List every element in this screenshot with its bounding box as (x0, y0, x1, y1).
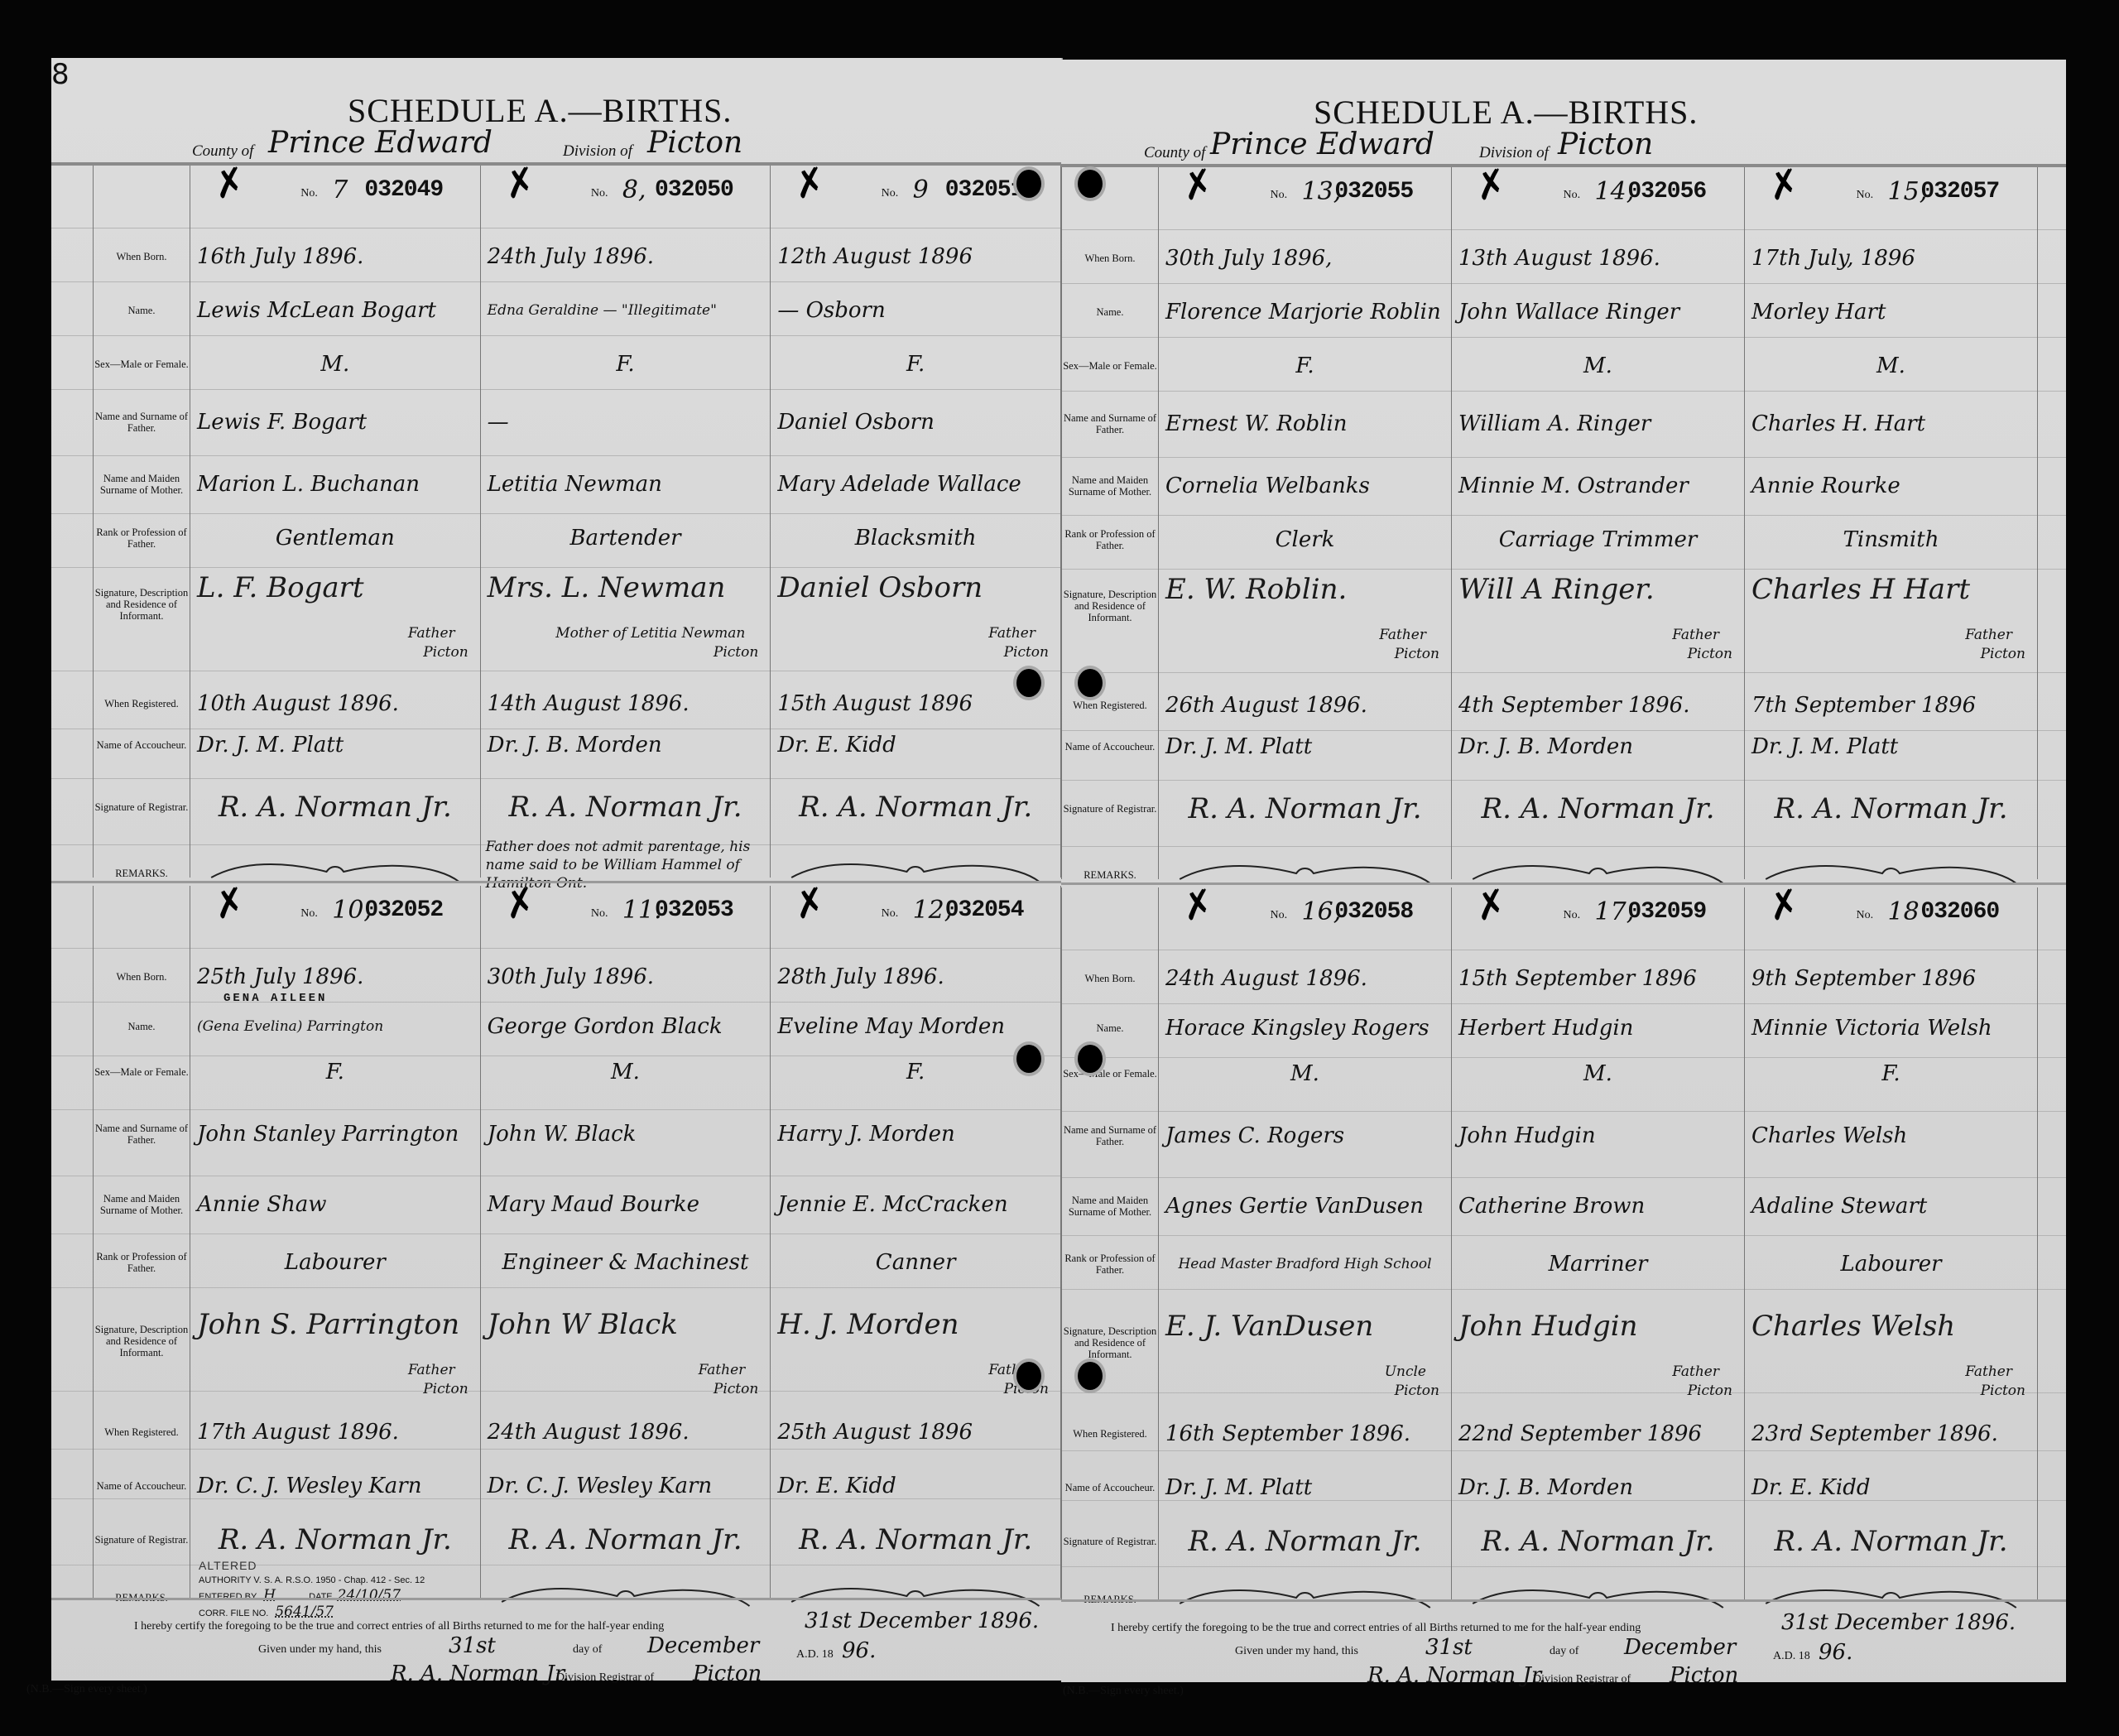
informant-signature-value: John W Black (488, 1308, 764, 1341)
accoucheur-value: Dr. E. Kidd (777, 733, 1054, 757)
when-born-value: 24th August 1896. (1165, 966, 1444, 991)
informant-residence: Picton (1165, 646, 1439, 662)
row-label: Name and Surname of Father. (1062, 412, 1158, 435)
registration-stamp-number: 032054 (945, 897, 1024, 923)
name-value: (Gena Evelina) Parrington (197, 1018, 473, 1035)
remarks-flourish (1761, 858, 2020, 892)
sign-note: (N.B.—Sign every sheet.) (1063, 1685, 1184, 1698)
row-labels-column: When Born.Name.Sex—Male or Female.Name a… (1061, 887, 1159, 1599)
informant-signature-value: Daniel Osborn (777, 571, 1054, 604)
row-label: When Registered. (1062, 1428, 1158, 1440)
registration-stamp-number: 032059 (1627, 899, 1706, 925)
row-label: Sex—Male or Female. (94, 358, 190, 370)
check-mark-icon: ✗ (499, 878, 540, 929)
row-label: When Registered. (94, 698, 190, 709)
informant-description: Father (197, 625, 455, 642)
check-mark-icon: ✗ (790, 158, 830, 209)
entry-header: ✗No.8,032050 (481, 172, 771, 212)
father-value: John Stanley Parrington (197, 1122, 473, 1147)
when-born-value: 16th July 1896. (197, 244, 473, 269)
when-registered-value: 16th September 1896. (1165, 1421, 1444, 1446)
binding-punch-hole (1078, 1045, 1103, 1073)
registrar-value: R. A. Norman Jr. (197, 791, 473, 824)
row-label: Sex—Male or Female. (94, 1066, 190, 1078)
accoucheur-value: Dr. C. J. Wesley Karn (488, 1474, 764, 1498)
accoucheur-value: Dr. J. B. Morden (1458, 734, 1737, 759)
name-value: — Osborn (777, 298, 1054, 323)
altered-heading: ALTERED (199, 1558, 475, 1573)
informant-signature-value: L. F. Bogart (197, 571, 473, 604)
informant-signature-value: Will A Ringer. (1458, 573, 1737, 606)
mother-value: Adaline Stewart (1751, 1194, 2030, 1219)
division-registrar-label: Division Registrar of (1533, 1673, 1631, 1686)
entry-header: ✗No.15,032057 (1745, 174, 2037, 214)
division-label: Division of (1479, 144, 1549, 162)
given-month: December (647, 1633, 759, 1658)
register-half-top: When Born.Name.Sex—Male or Female.Name a… (51, 166, 1061, 878)
informant-description: Father (1165, 627, 1426, 643)
entry-no-label: No. (882, 187, 899, 200)
informant-residence: Picton (1751, 646, 2025, 662)
entry-no-label: No. (300, 907, 318, 921)
county-division-row: County of Prince Edward Division of Pict… (1061, 127, 2066, 169)
profession-value: Blacksmith (777, 526, 1054, 551)
when-registered-value: 22nd September 1896 (1458, 1421, 1737, 1446)
profession-value: Bartender (488, 526, 764, 551)
informant-signature-value: Charles H Hart (1751, 573, 2030, 606)
registration-stamp-number: 032052 (364, 897, 443, 923)
entry-no-label: No. (1857, 909, 1874, 922)
accoucheur-value: Dr. J. B. Morden (488, 733, 764, 757)
binding-punch-hole (1078, 1362, 1103, 1390)
accoucheur-value: Dr. C. J. Wesley Karn (197, 1474, 473, 1498)
registrar-value: R. A. Norman Jr. (1751, 1525, 2030, 1558)
check-mark-icon: ✗ (1178, 160, 1218, 210)
row-label: When Registered. (1062, 700, 1158, 711)
informant-signature-value: John S. Parrington (197, 1308, 473, 1341)
father-value: James C. Rogers (1165, 1123, 1444, 1148)
sex-value: F. (777, 352, 1054, 377)
father-value: Charles H. Hart (1751, 411, 2030, 436)
remarks-flourish (1468, 858, 1727, 892)
row-label: When Born. (94, 251, 190, 262)
check-mark-icon: ✗ (499, 158, 540, 209)
entry-header: ✗No.12,032054 (771, 892, 1060, 932)
informant-signature-value: E. W. Roblin. (1165, 573, 1444, 606)
name-value: George Gordon Black (488, 1014, 764, 1039)
entry-no-label: No. (591, 907, 608, 921)
entered-by-value: H (263, 1587, 276, 1604)
when-born-value: 28th July 1896. (777, 964, 1054, 989)
father-value: Charles Welsh (1751, 1123, 2030, 1148)
birth-entry: ✗No.14,03205613th August 1896.John Walla… (1452, 167, 1745, 879)
county-label: County of (192, 142, 253, 161)
ad-year: 96. (842, 1638, 876, 1663)
entry-number: 7 (332, 176, 348, 204)
row-label: Name. (1062, 306, 1158, 318)
half-divider (1061, 882, 2066, 885)
informant-signature-value: Mrs. L. Newman (488, 571, 764, 604)
row-label: Name and Surname of Father. (94, 1123, 190, 1146)
given-label: Given under my hand, this (1235, 1645, 1358, 1658)
binding-punch-hole (1016, 1362, 1041, 1390)
sex-value: F. (1751, 1061, 2030, 1086)
registrar-value: R. A. Norman Jr. (488, 791, 764, 824)
name-value: Edna Geraldine — "Illegitimate" (488, 302, 764, 319)
name-value: Eveline May Morden (777, 1014, 1054, 1039)
remarks-flourish (207, 857, 464, 890)
when-registered-value: 4th September 1896. (1458, 693, 1737, 718)
row-label: When Born. (1062, 252, 1158, 264)
row-label: Name and Surname of Father. (1062, 1124, 1158, 1147)
division-value: Picton (693, 1661, 762, 1686)
when-registered-value: 7th September 1896 (1751, 693, 2030, 718)
ad-label: A.D. 18 (1773, 1650, 1810, 1663)
given-day: 31st (1425, 1635, 1473, 1660)
division-registrar-label: Division Registrar of (556, 1671, 654, 1685)
birth-entry: ✗No.903205112th August 1896— OsbornF.Dan… (771, 166, 1061, 878)
register-half-bottom: When Born.Name.Sex—Male or Female.Name a… (1061, 887, 2066, 1599)
registrar-value: R. A. Norman Jr. (1458, 1525, 1737, 1558)
name-value: Herbert Hudgin (1458, 1016, 1737, 1041)
father-value: — (488, 410, 764, 435)
row-label: Name. (1062, 1022, 1158, 1034)
mother-value: Jennie E. McCracken (777, 1192, 1054, 1217)
altered-entered-line: ENTERED BYHDATE24/10/57 (199, 1588, 475, 1604)
informant-residence: Picton (197, 1381, 468, 1397)
mother-value: Mary Maud Bourke (488, 1192, 764, 1217)
registrar-value: R. A. Norman Jr. (1751, 792, 2030, 825)
father-value: Lewis F. Bogart (197, 410, 473, 435)
mother-value: Annie Shaw (197, 1192, 473, 1217)
page-number: 8 (51, 58, 70, 91)
birth-entry: ✗No.11.03205330th July 1896.George Gordo… (481, 886, 771, 1598)
when-born-value: 9th September 1896 (1751, 966, 2030, 991)
informant-residence: Picton (1458, 1383, 1732, 1399)
entry-number: 18 (1888, 897, 1920, 926)
when-born-value: 30th July 1896, (1165, 246, 1444, 271)
entry-no-label: No. (591, 187, 608, 200)
informant-description: Father (197, 1362, 455, 1378)
entry-no-label: No. (1564, 909, 1581, 922)
row-label: Signature of Registrar. (94, 1534, 190, 1546)
sign-note: (N.B.—Sign every sheet.) (26, 1683, 147, 1696)
certificate-rule (51, 1598, 1061, 1600)
father-value: Daniel Osborn (777, 410, 1054, 435)
given-label: Given under my hand, this (258, 1643, 382, 1657)
registration-stamp-number: 032058 (1334, 899, 1413, 925)
when-born-value: 12th August 1896 (777, 244, 1054, 269)
row-label: Sex—Male or Female. (1062, 1068, 1158, 1080)
mother-value: Letitia Newman (488, 472, 764, 497)
certificate-rule (1061, 1599, 2066, 1602)
birth-entry: ✗No.12,03205428th July 1896.Eveline May … (771, 886, 1061, 1598)
entry-header: ✗No.14,032056 (1452, 174, 1744, 214)
registration-stamp-number: 032050 (655, 177, 733, 203)
row-label: Signature, Description and Residence of … (1062, 1325, 1158, 1360)
registrar-value: R. A. Norman Jr. (777, 791, 1054, 824)
ad-label: A.D. 18 (796, 1648, 834, 1661)
father-value: Harry J. Morden (777, 1122, 1054, 1147)
certify-text: I hereby certify the foregoing to be the… (1111, 1622, 1641, 1635)
row-label: Rank or Profession of Father. (94, 1251, 190, 1274)
registrar-value: R. A. Norman Jr. (197, 1523, 473, 1556)
profession-value: Head Master Bradford High School (1165, 1256, 1444, 1272)
informant-residence: Picton (197, 644, 468, 661)
row-label: Signature of Registrar. (1062, 803, 1158, 815)
name-value: Horace Kingsley Rogers (1165, 1016, 1444, 1041)
entry-no-label: No. (1271, 909, 1288, 922)
entered-by-label: ENTERED BY (199, 1592, 257, 1602)
row-label: Name and Surname of Father. (94, 411, 190, 434)
mother-value: Mary Adelade Wallace (777, 472, 1054, 497)
check-mark-icon: ✗ (790, 878, 830, 929)
entry-no-label: No. (882, 907, 899, 921)
name-value: Lewis McLean Bogart (197, 298, 473, 323)
left-page: 8 SCHEDULE A.—BIRTHS. County of Prince E… (51, 58, 1061, 1681)
check-mark-icon: ✗ (1178, 880, 1218, 931)
row-label: Name and Maiden Surname of Mother. (94, 473, 190, 496)
birth-entry: ✗No.10,032052GENA AILEEN25th July 1896.(… (190, 886, 481, 1598)
check-mark-icon: ✗ (209, 878, 250, 929)
division-value: Picton (1558, 127, 1653, 161)
row-labels-column: When Born.Name.Sex—Male or Female.Name a… (93, 166, 190, 878)
date-value: 24/10/57 (338, 1587, 401, 1604)
remarks-flourish (787, 857, 1044, 890)
check-mark-icon: ✗ (1764, 880, 1804, 931)
row-label: REMARKS. (94, 868, 190, 879)
registration-stamp-number: 032056 (1627, 179, 1706, 204)
row-label: Name of Accoucheur. (94, 1480, 190, 1492)
when-registered-value: 23rd September 1896. (1751, 1421, 2030, 1446)
when-born-value: 30th July 1896. (488, 964, 764, 989)
row-label: When Registered. (94, 1426, 190, 1438)
day-of-label: day of (573, 1643, 602, 1657)
registration-stamp-number: 032053 (655, 897, 733, 923)
father-value: John Hudgin (1458, 1123, 1737, 1148)
when-born-value: 13th August 1896. (1458, 246, 1737, 271)
sex-value: F. (777, 1060, 1054, 1084)
informant-residence: Picton (777, 1381, 1049, 1397)
informant-description: Father (1458, 627, 1719, 643)
name-correction-stamp: GENA AILEEN (223, 992, 473, 1005)
informant-description: Mother of Letitia Newman (488, 625, 746, 642)
registration-stamp-number: 032057 (1920, 179, 1999, 204)
profession-value: Engineer & Machinest (488, 1250, 764, 1275)
certificate: I hereby certify the foregoing to be the… (51, 1610, 1061, 1685)
informant-description: Father (777, 625, 1035, 642)
informant-description: Father (1458, 1363, 1719, 1380)
name-value: Florence Marjorie Roblin (1165, 300, 1444, 325)
row-label: Name of Accoucheur. (1062, 1482, 1158, 1493)
row-label: Name of Accoucheur. (1062, 741, 1158, 753)
when-registered-value: 14th August 1896. (488, 691, 764, 716)
mother-value: Minnie M. Ostrander (1458, 474, 1737, 498)
when-born-value: 25th July 1896. (197, 964, 473, 989)
accoucheur-value: Dr. J. M. Platt (1751, 734, 2030, 759)
half-divider (51, 881, 1061, 883)
mother-value: Cornelia Welbanks (1165, 474, 1444, 498)
when-registered-value: 17th August 1896. (197, 1420, 473, 1445)
informant-signature-value: H. J. Morden (777, 1308, 1054, 1341)
registrar-value: R. A. Norman Jr. (777, 1523, 1054, 1556)
row-label: Signature, Description and Residence of … (94, 1324, 190, 1359)
entry-number: 9 (913, 176, 929, 204)
schedule-title: SCHEDULE A.—BIRTHS. (1314, 93, 1698, 132)
certify-text: I hereby certify the foregoing to be the… (134, 1620, 664, 1633)
register-half-top: When Born.Name.Sex—Male or Female.Name a… (1061, 167, 2066, 879)
informant-signature-value: Charles Welsh (1751, 1310, 2030, 1343)
informant-description: Father (1751, 627, 2012, 643)
row-label: Signature, Description and Residence of … (94, 587, 190, 622)
profession-value: Clerk (1165, 527, 1444, 552)
profession-value: Tinsmith (1751, 527, 2030, 552)
birth-entry: ✗No.180320609th September 1896Minnie Vic… (1745, 887, 2038, 1599)
half-year-ending: 31st December 1896. (805, 1609, 1039, 1633)
name-value: John Wallace Ringer (1458, 300, 1737, 325)
sex-value: M. (1458, 1061, 1737, 1086)
registrar-signature: R. A. Norman Jr. (1367, 1663, 1546, 1688)
registration-stamp-number: 032051 (945, 177, 1024, 203)
informant-description: Father (488, 1362, 746, 1378)
remarks-flourish (1175, 858, 1434, 892)
entry-header: ✗No.10,032052 (190, 892, 480, 932)
sex-value: F. (488, 352, 764, 377)
when-registered-value: 24th August 1896. (488, 1420, 764, 1445)
row-label: Name. (94, 305, 190, 316)
birth-entry: ✗No.17,03205915th September 1896Herbert … (1452, 887, 1745, 1599)
entry-header: ✗No.17,032059 (1452, 894, 1744, 934)
row-label: Name. (94, 1021, 190, 1032)
binding-punch-hole (1016, 669, 1041, 697)
row-labels-column: When Born.Name.Sex—Male or Female.Name a… (1061, 167, 1159, 879)
row-label: Name and Maiden Surname of Mother. (1062, 474, 1158, 498)
when-registered-value: 25th August 1896 (777, 1420, 1054, 1445)
sex-value: M. (1165, 1061, 1444, 1086)
row-label: When Born. (94, 971, 190, 983)
accoucheur-value: Dr. J. B. Morden (1458, 1475, 1737, 1500)
row-label: Sex—Male or Female. (1062, 360, 1158, 372)
sex-value: M. (1458, 353, 1737, 378)
row-label: Name of Accoucheur. (94, 739, 190, 751)
binding-punch-hole (1016, 1045, 1041, 1073)
entry-header: ✗No.11.032053 (481, 892, 771, 932)
registrar-value: R. A. Norman Jr. (1165, 792, 1444, 825)
entry-number: 8, (622, 176, 646, 204)
when-registered-value: 26th August 1896. (1165, 693, 1444, 718)
given-day: 31st (449, 1633, 496, 1658)
informant-description: Father (1751, 1363, 2012, 1380)
binding-punch-hole (1078, 170, 1103, 198)
profession-value: Labourer (1751, 1252, 2030, 1277)
informant-signature-value: John Hudgin (1458, 1310, 1737, 1343)
sex-value: F. (197, 1060, 473, 1084)
informant-residence: Picton (777, 644, 1049, 661)
row-label: REMARKS. (1062, 869, 1158, 881)
accoucheur-value: Dr. J. M. Platt (1165, 734, 1444, 759)
birth-entry: ✗No.13,03205530th July 1896,Florence Mar… (1159, 167, 1452, 879)
row-label: When Born. (1062, 973, 1158, 984)
entry-header: ✗No.13,032055 (1159, 174, 1451, 214)
profession-value: Carriage Trimmer (1458, 527, 1737, 552)
when-born-value: 17th July, 1896 (1751, 246, 2030, 271)
entry-no-label: No. (1564, 189, 1581, 202)
mother-value: Catherine Brown (1458, 1194, 1737, 1219)
informant-residence: Picton (488, 644, 759, 661)
altered-authority: AUTHORITY V. S. A. R.S.O. 1950 - Chap. 4… (199, 1573, 475, 1588)
check-mark-icon: ✗ (209, 158, 250, 209)
entry-header: ✗No.16,032058 (1159, 894, 1451, 934)
profession-value: Gentleman (197, 526, 473, 551)
accoucheur-value: Dr. J. M. Platt (197, 733, 473, 757)
given-month: December (1624, 1635, 1736, 1660)
mother-value: Annie Rourke (1751, 474, 2030, 498)
profession-value: Marriner (1458, 1252, 1737, 1277)
informant-description: Uncle (1165, 1363, 1426, 1380)
sex-value: M. (488, 1060, 764, 1084)
row-label: Rank or Profession of Father. (94, 527, 190, 550)
half-year-ending: 31st December 1896. (1781, 1610, 2016, 1635)
registrar-value: R. A. Norman Jr. (1458, 792, 1737, 825)
row-label: Name and Maiden Surname of Mother. (1062, 1195, 1158, 1218)
mother-value: Agnes Gertie VanDusen (1165, 1194, 1444, 1219)
when-registered-value: 15th August 1896 (777, 691, 1054, 716)
certificate: I hereby certify the foregoing to be the… (1061, 1612, 2066, 1686)
check-mark-icon: ✗ (1471, 880, 1511, 931)
sex-value: M. (1751, 353, 2030, 378)
birth-entry: ✗No.15,03205717th July, 1896Morley HartM… (1745, 167, 2038, 879)
row-label: Rank or Profession of Father. (1062, 1253, 1158, 1276)
profession-value: Labourer (197, 1250, 473, 1275)
sex-value: F. (1165, 353, 1444, 378)
birth-entry: ✗No.16,03205824th August 1896.Horace Kin… (1159, 887, 1452, 1599)
accoucheur-value: Dr. J. M. Platt (1165, 1475, 1444, 1500)
date-label: DATE (309, 1592, 333, 1602)
ad-year: 96. (1819, 1640, 1852, 1665)
check-mark-icon: ✗ (1471, 160, 1511, 210)
check-mark-icon: ✗ (1764, 160, 1804, 210)
registration-stamp-number: 032049 (364, 177, 443, 203)
entry-no-label: No. (300, 187, 318, 200)
registration-stamp-number: 032060 (1920, 899, 1999, 925)
informant-signature-value: E. J. VanDusen (1165, 1310, 1444, 1343)
informant-residence: Picton (1458, 646, 1732, 662)
row-label: Signature, Description and Residence of … (1062, 589, 1158, 623)
name-value: Morley Hart (1751, 300, 2030, 325)
name-value: Minnie Victoria Welsh (1751, 1016, 2030, 1041)
mother-value: Marion L. Buchanan (197, 472, 473, 497)
registrar-signature: R. A. Norman Jr. (391, 1661, 569, 1686)
informant-description: Father (777, 1362, 1035, 1378)
sex-value: M. (197, 352, 473, 377)
registrar-value: R. A. Norman Jr. (1165, 1525, 1444, 1558)
row-labels-column: When Born.Name.Sex—Male or Female.Name a… (93, 886, 190, 1598)
registration-stamp-number: 032055 (1334, 179, 1413, 204)
county-value: Prince Edward (268, 126, 493, 160)
county-division-row: County of Prince Edward Division of Pict… (51, 126, 1061, 167)
row-label: Name and Maiden Surname of Mother. (94, 1193, 190, 1216)
county-label: County of (1144, 144, 1205, 162)
binding-punch-hole (1016, 170, 1041, 198)
when-born-value: 24th July 1896. (488, 244, 764, 269)
birth-entry: ✗No.703204916th July 1896.Lewis McLean B… (190, 166, 481, 878)
father-value: Ernest W. Roblin (1165, 411, 1444, 436)
accoucheur-value: Dr. E. Kidd (777, 1474, 1054, 1498)
row-label: Rank or Profession of Father. (1062, 528, 1158, 551)
division-label: Division of (563, 142, 632, 161)
registrar-value: R. A. Norman Jr. (488, 1523, 764, 1556)
division-value: Picton (1670, 1663, 1738, 1688)
